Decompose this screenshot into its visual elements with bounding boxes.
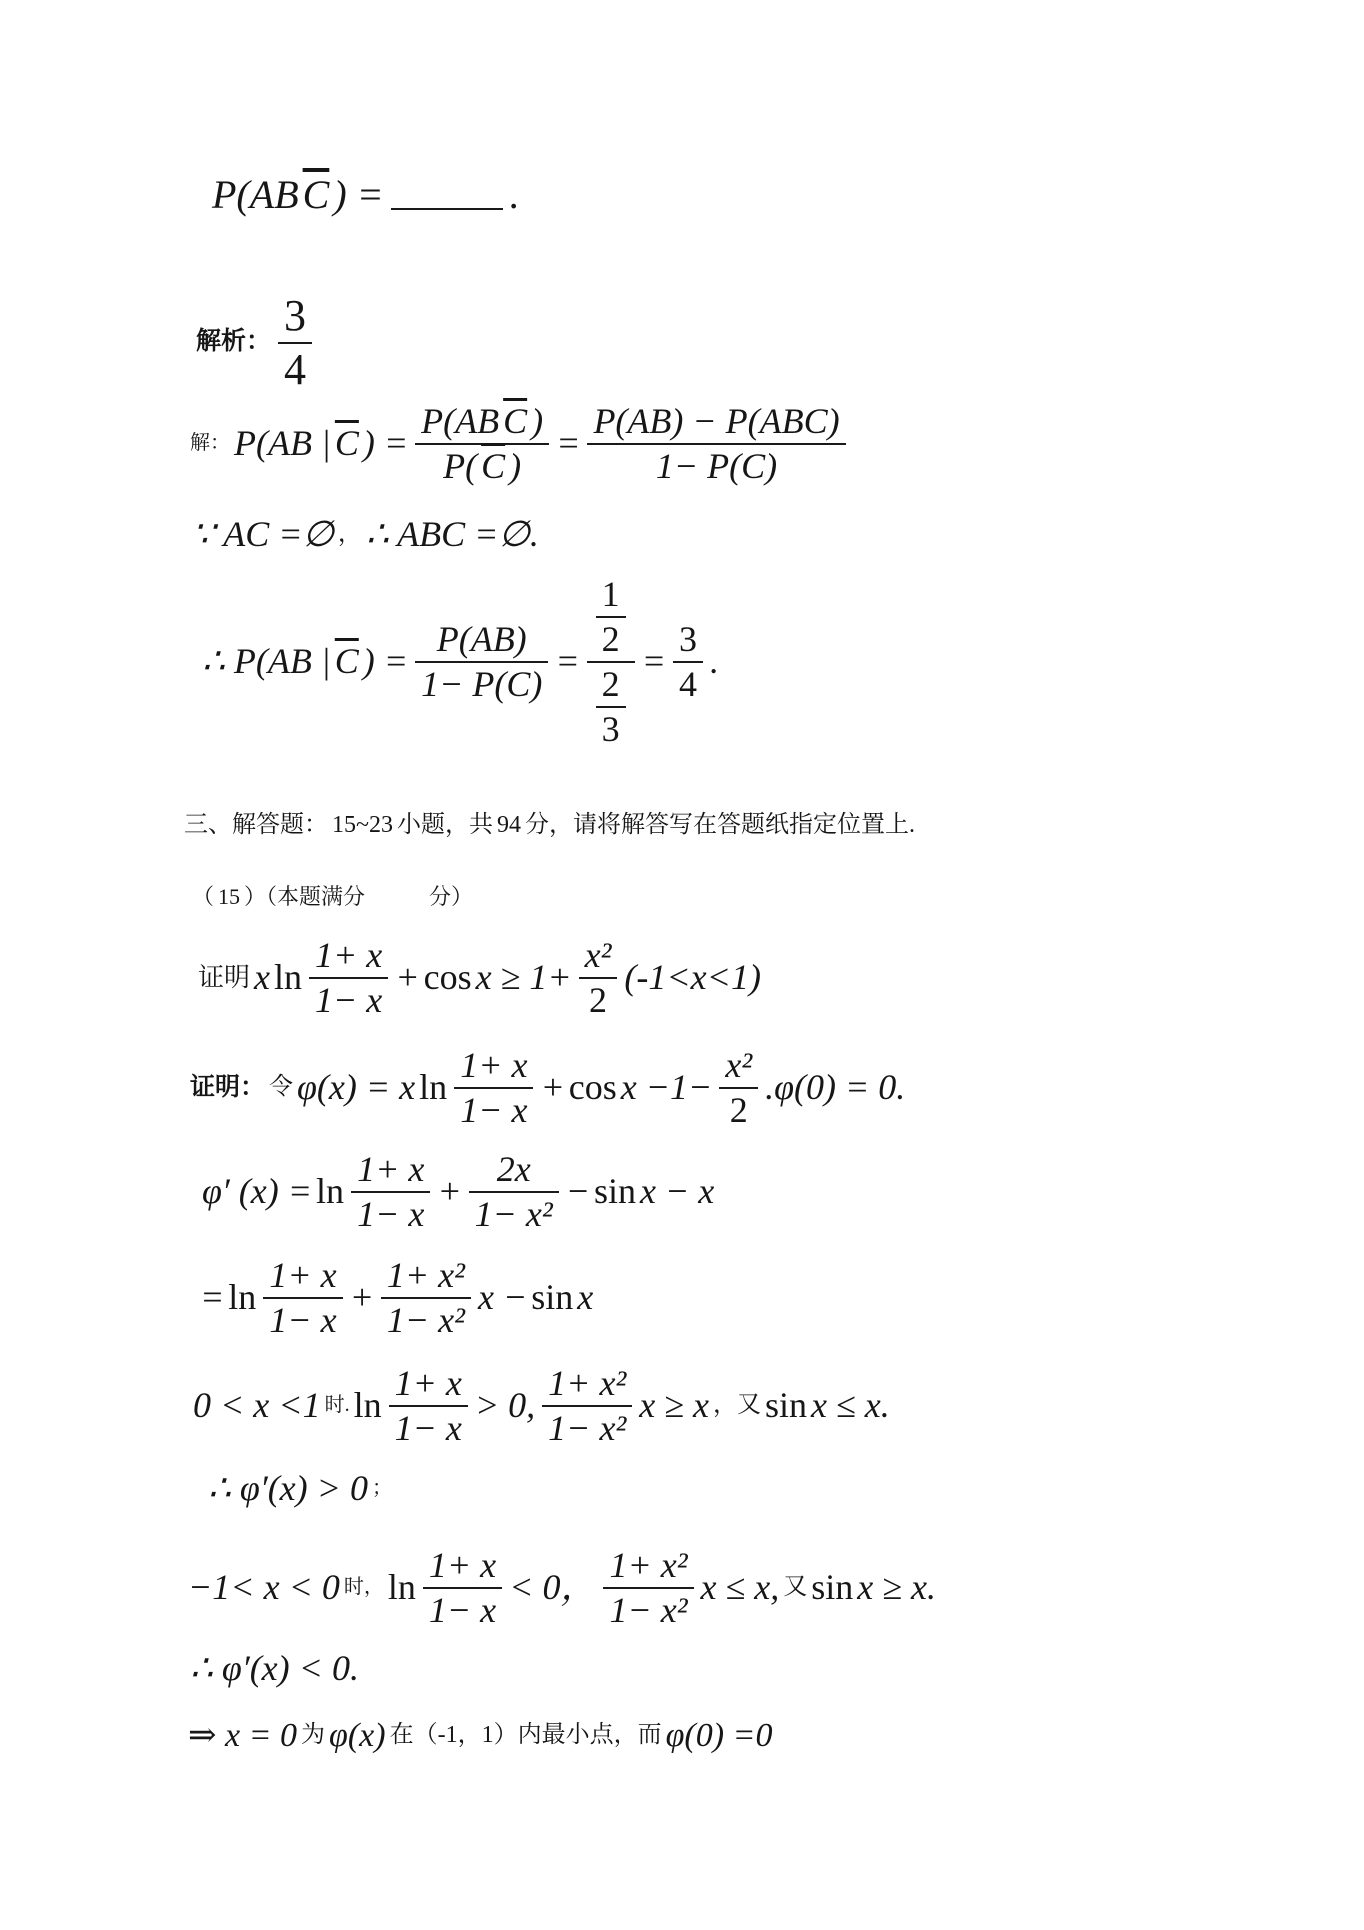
chinese-text: 三、解答题： bbox=[184, 812, 328, 840]
math-function: cos bbox=[424, 957, 472, 998]
math-text: ∴ ABC =∅. bbox=[366, 514, 539, 555]
document-page: P(ABC) =. 解析：34 解：P(AB |C) =P(ABC)P(C)=P… bbox=[0, 0, 1364, 1930]
math-text: ) = bbox=[333, 172, 383, 218]
prob-expression: P(AB bbox=[212, 172, 299, 218]
chinese-text: （ bbox=[192, 884, 214, 909]
c-bar: C bbox=[335, 641, 359, 682]
math-text: .φ(0) = 0. bbox=[765, 1067, 905, 1108]
case-negative-line: −1< x < 0时，ln1+ x1− x< 0，1+ x²1− x²x ≤ x… bbox=[188, 1546, 936, 1630]
math-function: sin bbox=[811, 1567, 853, 1608]
math-text: 1− x bbox=[315, 981, 382, 1020]
math-text: x ≤ x. bbox=[811, 1385, 890, 1426]
math-text: x −1− bbox=[621, 1067, 713, 1108]
math-text: 1− x bbox=[395, 1409, 462, 1448]
math-text: ∵ AC =∅ bbox=[192, 514, 334, 555]
math-text: 1− x bbox=[429, 1591, 496, 1630]
analysis-answer: 解析：34 bbox=[196, 292, 315, 393]
math-text: P(AB) − P(ABC) bbox=[593, 402, 839, 441]
math-function: sin bbox=[531, 1277, 573, 1318]
math-function: 3 bbox=[602, 710, 620, 749]
math-text: 1+ x bbox=[357, 1150, 424, 1189]
math-text: + bbox=[395, 957, 419, 998]
math-text: 1− x² bbox=[387, 1301, 465, 1340]
c-bar: C bbox=[335, 423, 359, 464]
chinese-text-small: ； bbox=[372, 1477, 392, 1500]
math-text: = bbox=[642, 641, 666, 682]
solution-step-1: 解：P(AB |C) =P(ABC)P(C)=P(AB) − P(ABC)1− … bbox=[190, 402, 849, 486]
math-function: ln bbox=[419, 1067, 447, 1108]
proof-setup-line: 证明：令φ(x) = xln1+ x1− x+cosx −1−x²2.φ(0) … bbox=[190, 1046, 905, 1130]
case-positive-line: 0 < x <1时.ln1+ x1− x> 0,1+ x²1− x²x ≥ x，… bbox=[193, 1364, 890, 1448]
math-text: 1+ x² bbox=[548, 1364, 626, 1403]
math-text: 1+ x bbox=[460, 1046, 527, 1085]
math-text: 1+ x bbox=[315, 936, 382, 975]
math-text: 1− x bbox=[460, 1091, 527, 1130]
math-text: x − bbox=[478, 1277, 527, 1318]
log-fraction: 1+ x1− x bbox=[351, 1150, 430, 1234]
math-text: 1− P(C) bbox=[656, 447, 777, 486]
nested-fraction: 1223 bbox=[587, 575, 635, 749]
math-function: 3 bbox=[679, 620, 697, 659]
math-text: x² bbox=[725, 1046, 752, 1085]
math-function: 15~23 bbox=[332, 812, 393, 840]
half-fraction: 12 bbox=[596, 575, 626, 659]
math-function: sin bbox=[594, 1171, 636, 1212]
math-function: 94 bbox=[497, 812, 521, 840]
c-bar: C bbox=[303, 172, 330, 218]
math-text: ∴ P(AB | bbox=[202, 641, 331, 682]
math-text: x bbox=[577, 1277, 593, 1318]
c-bar: C bbox=[481, 447, 505, 486]
math-function: ln bbox=[274, 957, 302, 998]
math-function: ln bbox=[388, 1567, 416, 1608]
solution-label: 解： bbox=[190, 432, 230, 455]
answer-blank bbox=[391, 207, 503, 210]
math-text: x bbox=[254, 957, 270, 998]
math-text: φ(0) =0 bbox=[666, 1716, 773, 1755]
chinese-text: 分） bbox=[429, 884, 473, 909]
math-text: ∴ φ′(x) < 0. bbox=[190, 1648, 359, 1689]
math-text: + bbox=[437, 1171, 461, 1212]
proof-label: 证明： bbox=[190, 1074, 265, 1103]
problem-15-header: （15）（本题满分分） bbox=[192, 884, 473, 909]
math-text: ) = bbox=[363, 641, 408, 682]
log-fraction: 1+ x1− x bbox=[454, 1046, 533, 1130]
math-text: x ≥ 1+ bbox=[476, 957, 572, 998]
math-text: 1+ x bbox=[429, 1546, 496, 1585]
math-text: φ(x) = x bbox=[297, 1067, 415, 1108]
x-squared-fraction: x²2 bbox=[579, 936, 618, 1020]
math-text: x − x bbox=[640, 1171, 714, 1212]
math-function: ln bbox=[228, 1277, 256, 1318]
math-text: 1+ x² bbox=[609, 1546, 687, 1585]
math-function: 2 bbox=[730, 1091, 748, 1130]
math-text: 0 < x <1 bbox=[193, 1385, 321, 1426]
chinese-text: 又 bbox=[783, 1574, 807, 1602]
math-text: = bbox=[556, 423, 580, 464]
rational-fraction: 1+ x²1− x² bbox=[381, 1256, 471, 1340]
math-text: = bbox=[200, 1277, 224, 1318]
math-text: . bbox=[510, 172, 520, 218]
math-function: 4 bbox=[679, 665, 697, 704]
because-therefore-line: ∵ AC =∅，∴ ABC =∅. bbox=[192, 514, 539, 555]
case-negative-conclusion: ∴ φ′(x) < 0. bbox=[190, 1648, 359, 1689]
math-text: 1− x bbox=[269, 1301, 336, 1340]
chinese-text: ）（本题满分 bbox=[244, 884, 365, 909]
math-text: P( bbox=[443, 447, 477, 486]
chinese-text-small: 时， bbox=[344, 1576, 384, 1599]
prove-statement-line: 证明xln1+ x1− x+cosx ≥ 1+x²2(-1<x<1) bbox=[198, 936, 761, 1020]
answer-fraction: 34 bbox=[278, 292, 312, 393]
derivative-simplified-line: =ln1+ x1− x+1+ x²1− x²x −sinx bbox=[200, 1256, 593, 1340]
case-positive-conclusion: ∴ φ′(x) > 0； bbox=[208, 1468, 392, 1509]
math-text: x ≥ x bbox=[639, 1385, 709, 1426]
math-text: ) bbox=[509, 447, 521, 486]
math-text: x ≥ x. bbox=[857, 1567, 936, 1608]
math-text: P(AB) bbox=[437, 620, 527, 659]
derivative-line: φ′ (x) =ln1+ x1− x+2x1− x²−sinx − x bbox=[202, 1150, 714, 1234]
math-function: 15 bbox=[218, 884, 240, 909]
math-function: 2 bbox=[602, 665, 620, 704]
log-fraction: 1+ x1− x bbox=[389, 1364, 468, 1448]
math-text: − bbox=[566, 1171, 590, 1212]
log-fraction: 1+ x1− x bbox=[309, 936, 388, 1020]
chinese-text: 小题，共 bbox=[397, 812, 493, 840]
log-fraction: 1+ x1− x bbox=[423, 1546, 502, 1630]
math-text: x² bbox=[585, 936, 612, 975]
math-text: < 0， bbox=[509, 1567, 596, 1608]
math-text: 1− x² bbox=[548, 1409, 626, 1448]
math-text: x ≤ x, bbox=[701, 1567, 780, 1608]
two-thirds-fraction: 23 bbox=[596, 665, 626, 749]
math-text: . bbox=[710, 641, 719, 682]
math-text: 1− x² bbox=[609, 1591, 687, 1630]
result-fraction: 34 bbox=[673, 620, 703, 704]
math-function: 3 bbox=[284, 292, 306, 340]
final-probability-line: ∴ P(AB |C) =P(AB)1− P(C)=1223=34. bbox=[202, 575, 719, 749]
math-text: + bbox=[540, 1067, 564, 1108]
math-text: φ′ (x) = bbox=[202, 1171, 312, 1212]
math-text: ⇒ x = 0 bbox=[188, 1716, 297, 1755]
math-text: = bbox=[555, 641, 579, 682]
math-text: φ(x) bbox=[329, 1716, 386, 1755]
math-text: ) bbox=[531, 402, 543, 441]
math-text: −1< x < 0 bbox=[188, 1567, 340, 1608]
math-function: 4 bbox=[284, 346, 306, 394]
math-text: 1+ x² bbox=[387, 1256, 465, 1295]
chinese-text: ，又 bbox=[713, 1392, 761, 1420]
chinese-text: 在（-1，1）内最小点，而 bbox=[390, 1722, 662, 1750]
x-squared-fraction: x²2 bbox=[719, 1046, 758, 1130]
math-function: ln bbox=[354, 1385, 382, 1426]
math-text: 1− P(C) bbox=[421, 665, 542, 704]
c-bar: C bbox=[503, 402, 527, 441]
conditional-prob-fraction: P(ABC)P(C) bbox=[415, 402, 549, 486]
chinese-text: 令 bbox=[269, 1074, 293, 1102]
math-function: 1 bbox=[602, 575, 620, 614]
math-text: ∴ φ′(x) > 0 bbox=[208, 1468, 368, 1509]
question-formula-blank: P(ABC) =. bbox=[212, 172, 520, 218]
prob-fraction: P(AB)1− P(C) bbox=[415, 620, 548, 704]
math-function: sin bbox=[765, 1385, 807, 1426]
expanded-fraction: P(AB) − P(ABC)1− P(C) bbox=[587, 402, 845, 486]
math-text: P(AB | bbox=[234, 423, 331, 464]
minimum-conclusion-line: ⇒ x = 0为φ(x)在（-1，1）内最小点，而φ(0) =0 bbox=[188, 1716, 772, 1755]
math-function: ln bbox=[316, 1171, 344, 1212]
math-text: 1+ x bbox=[395, 1364, 462, 1403]
math-text: 1− x bbox=[357, 1195, 424, 1234]
prove-label: 证明 bbox=[198, 963, 250, 993]
rational-fraction: 1+ x²1− x² bbox=[603, 1546, 693, 1630]
rational-fraction: 1+ x²1− x² bbox=[542, 1364, 632, 1448]
math-text: + bbox=[350, 1277, 374, 1318]
chinese-text-small: 时. bbox=[325, 1394, 350, 1417]
chinese-text: 为 bbox=[301, 1722, 325, 1750]
math-function: 2 bbox=[602, 620, 620, 659]
log-fraction: 1+ x1− x bbox=[263, 1256, 342, 1340]
math-text: > 0, bbox=[475, 1385, 535, 1426]
math-function: cos bbox=[569, 1067, 617, 1108]
math-text: 2x bbox=[497, 1150, 531, 1189]
chinese-text: 分，请将解答写在答题纸指定位置上. bbox=[525, 812, 915, 840]
rational-fraction: 2x1− x² bbox=[469, 1150, 559, 1234]
section-three-header: 三、解答题：15~23小题，共94分，请将解答写在答题纸指定位置上. bbox=[184, 812, 915, 840]
math-text: P(AB bbox=[421, 402, 499, 441]
chinese-text: ， bbox=[338, 521, 362, 549]
math-function: 2 bbox=[589, 981, 607, 1020]
math-text: (-1<x<1) bbox=[624, 957, 761, 998]
math-text: 1+ x bbox=[269, 1256, 336, 1295]
math-text: 1− x² bbox=[475, 1195, 553, 1234]
analysis-label: 解析： bbox=[196, 328, 271, 357]
math-text: ) = bbox=[363, 423, 408, 464]
